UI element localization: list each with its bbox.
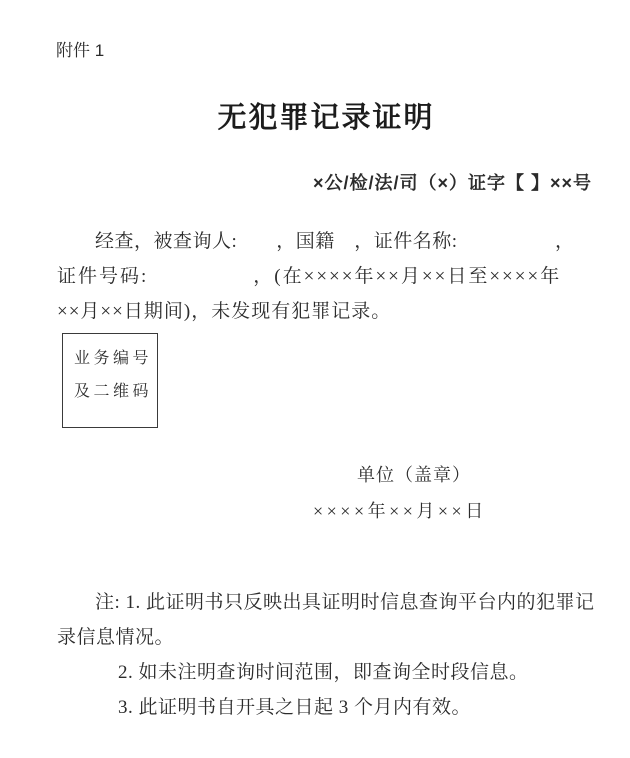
document-number-line: ×公/检/法/司（×）证字【 】××号 [313,169,592,195]
document-title: 无犯罪记录证明 [22,95,630,136]
signature-date: ××××年××月××日 [313,497,487,523]
unit-seal-label: 单位（盖章） [357,461,471,487]
notes-section: 注: 1. 此证明书只反映出具证明时信息查询平台内的犯罪记 录信息情况。 2. … [57,585,602,725]
attachment-label: 附件 1 [56,36,104,61]
note-line: 注: 1. 此证明书只反映出具证明时信息查询平台内的犯罪记 [57,585,602,620]
note-line: 录信息情况。 [57,620,602,655]
body-paragraph-line: 证件号码: ，(在××××年××月××日至××××年 [57,259,602,294]
body-paragraph-line: 经查，被查询人: ，国籍 ，证件名称: ， [57,224,602,259]
business-number-qr-box: 业务编号 及二维码 [62,333,158,428]
body-paragraph-line: ××月××日期间)，未发现有犯罪记录。 [57,294,602,329]
body-paragraph: 经查，被查询人: ，国籍 ，证件名称: ， 证件号码: ，(在××××年××月×… [57,224,602,329]
note-line: 2. 如未注明查询时间范围，即查询全时段信息。 [57,655,602,690]
qr-box-label-line: 及二维码 [74,375,157,408]
qr-box-label-line: 业务编号 [74,342,157,375]
note-line: 3. 此证明书自开具之日起 3 个月内有效。 [57,690,602,725]
document-page: 附件 1 无犯罪记录证明 ×公/检/法/司（×）证字【 】××号 经查，被查询人… [0,0,630,758]
